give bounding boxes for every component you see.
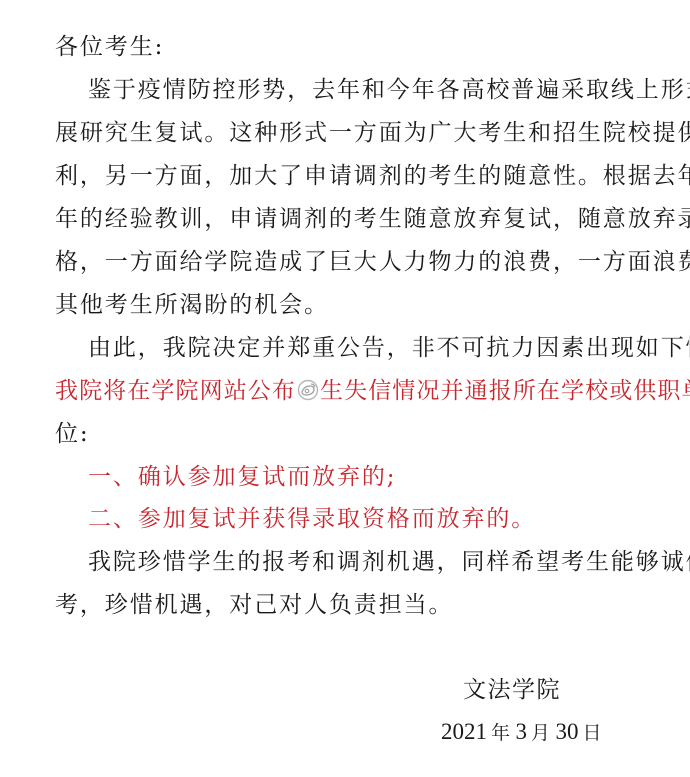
date-year-unit: 年 — [491, 722, 512, 744]
condition-1: 一、确认参加复试而放弃的; — [88, 464, 668, 490]
signature-date: 2021年3月30日 — [441, 719, 607, 746]
paragraph-1-line-5: 格，一方面给学院造成了巨大人力物力的浪费，一方面浪费掉了 — [55, 249, 635, 275]
paragraph-1-line-1: 鉴于疫情防控形势，去年和今年各高校普遍采取线上形式开 — [88, 77, 668, 103]
date-month: 3 — [516, 719, 528, 744]
red-text-before-watermark: 我院将在学院网站公布 — [55, 378, 296, 404]
date-month-unit: 月 — [531, 722, 552, 744]
signature-organization: 文法学院 — [463, 677, 561, 703]
paragraph-1-line-4: 年的经验教训，申请调剂的考生随意放弃复试，随意放弃录取资 — [55, 206, 635, 232]
date-year: 2021 — [441, 719, 487, 744]
date-day-unit: 日 — [583, 722, 604, 744]
weibo-watermark-icon — [297, 379, 319, 401]
paragraph-3-line-1: 我院珍惜学生的报考和调剂机遇，同样希望考生能够诚信应 — [88, 549, 668, 575]
paragraph-1-line-3: 利，另一方面，加大了申请调剂的考生的随意性。根据去年和今 — [55, 163, 635, 189]
date-day: 30 — [556, 719, 579, 744]
notice-document: 各位考生: 鉴于疫情防控形势，去年和今年各高校普遍采取线上形式开 展研究生复试。… — [0, 0, 690, 777]
red-text-after-watermark: 生失信情况并通报所在学校或供职单 — [320, 378, 690, 404]
greeting: 各位考生: — [55, 34, 635, 60]
paragraph-2-red-line: 我院将在学院网站公布生失信情况并通报所在学校或供职单 — [55, 378, 635, 404]
condition-2: 二、参加复试并获得录取资格而放弃的。 — [88, 506, 668, 532]
paragraph-2-line-3: 位: — [55, 421, 635, 447]
paragraph-1-line-2: 展研究生复试。这种形式一方面为广大考生和招生院校提供了便 — [55, 120, 635, 146]
paragraph-1-line-6: 其他考生所渴盼的机会。 — [55, 292, 635, 318]
paragraph-2-line-1: 由此，我院决定并郑重公告，非不可抗力因素出现如下情况， — [88, 335, 668, 361]
paragraph-3-line-2: 考，珍惜机遇，对己对人负责担当。 — [55, 592, 635, 618]
